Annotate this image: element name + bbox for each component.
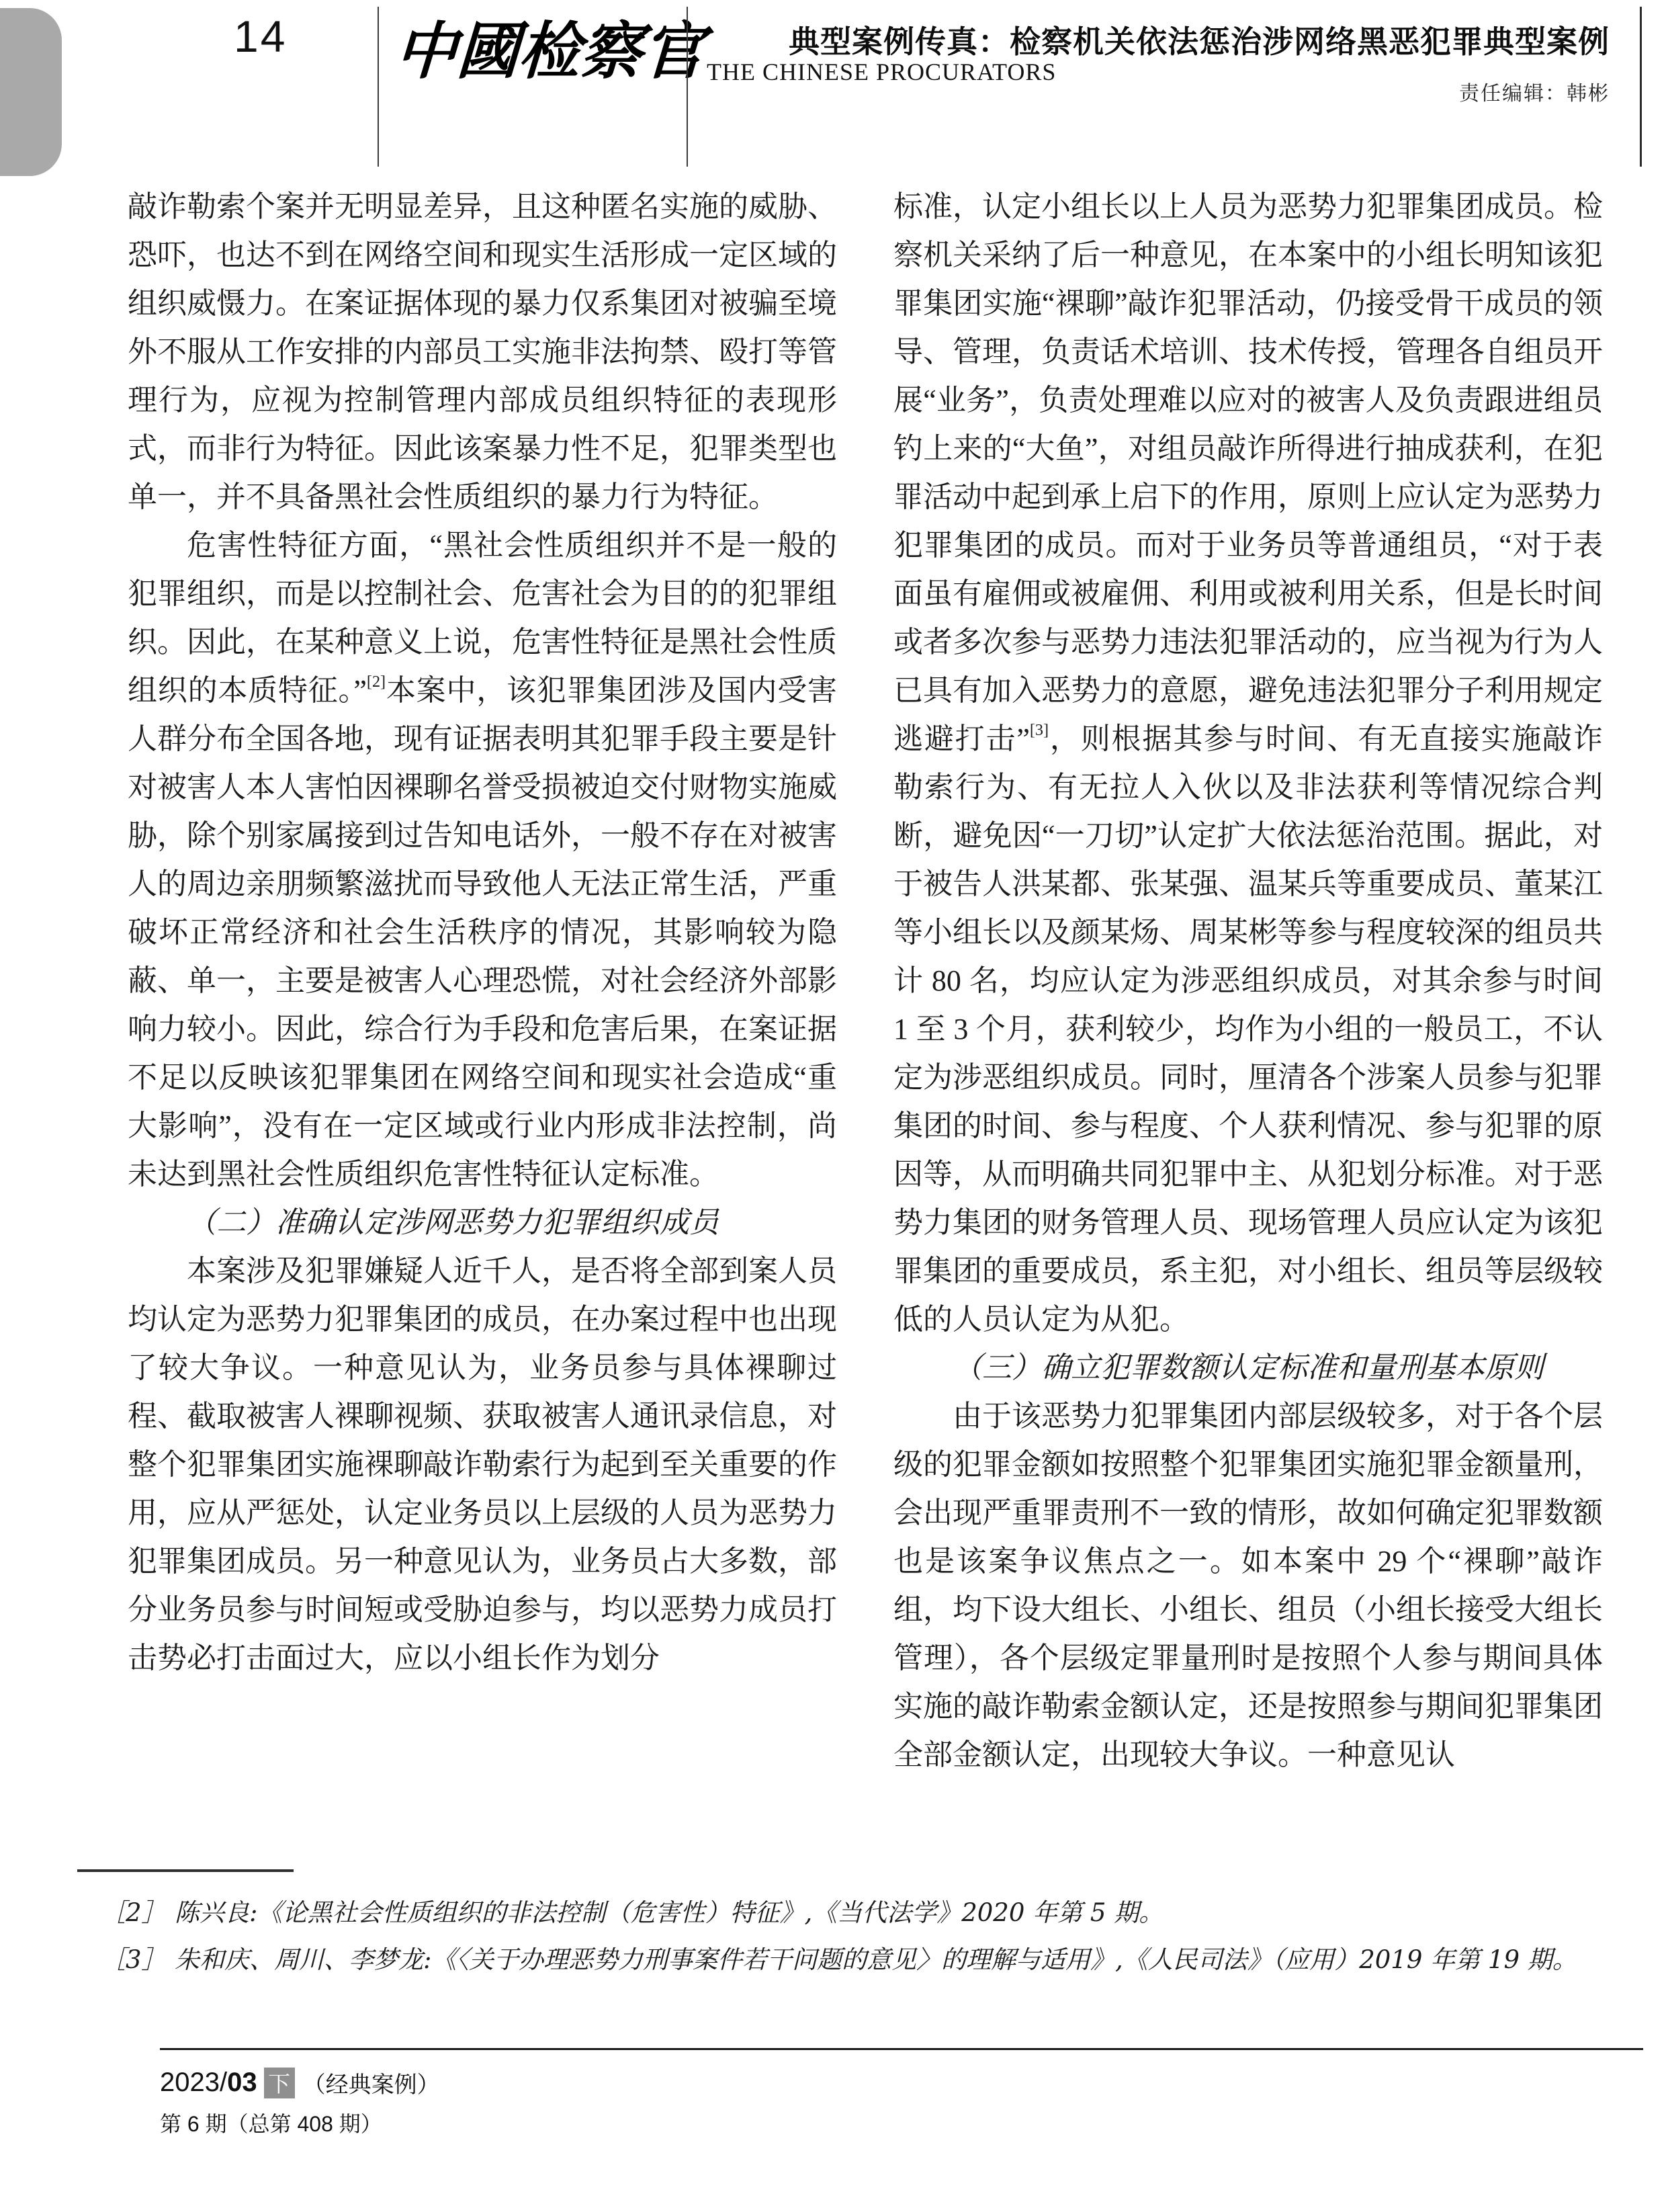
footnote-reference: [2] xyxy=(367,673,386,691)
body-paragraph: 由于该恶势力犯罪集团内部层级较多，对于各个层级的犯罪金额如按照整个犯罪集团实施犯… xyxy=(893,1392,1603,1779)
right-column: 标准，认定小组长以上人员为恶势力犯罪集团成员。检察机关采纳了后一种意见，在本案中… xyxy=(893,183,1603,1779)
footnote-item: ［3］朱和庆、周川、李梦龙:《〈关于办理恶势力刑事案件若干问题的意见〉的理解与适… xyxy=(101,1937,1602,1984)
header-divider-right xyxy=(1640,7,1642,167)
footnote-marker: ［3］ xyxy=(101,1937,167,1984)
editor-line: 责任编辑：韩彬 xyxy=(1459,77,1610,106)
issue-year: 2023/ xyxy=(160,2068,227,2098)
issue-half-badge: 下 xyxy=(264,2068,295,2098)
body-paragraph: 敲诈勒索个案并无明显差异，且这种匿名实施的威胁、恐吓，也达不到在网络空间和现实生… xyxy=(128,183,837,521)
page-number: 14 xyxy=(234,11,287,62)
body-paragraph: 危害性特征方面，“黑社会性质组织并不是一般的犯罪组织，而是以控制社会、危害社会为… xyxy=(128,521,837,1199)
body-paragraph: 本案涉及犯罪嫌疑人近千人，是否将全部到案人员均认定为恶势力犯罪集团的成员，在办案… xyxy=(128,1247,837,1683)
section-heading: （二）准确认定涉网恶势力犯罪组织成员 xyxy=(128,1199,837,1247)
page-footer: 2023/03 下 （经典案例） 第 6 期（总第 408 期） xyxy=(160,2048,1643,2138)
footnotes: ［2］陈兴良:《论黑社会性质组织的非法控制（危害性）特征》,《当代法学》2020… xyxy=(101,1889,1602,1984)
page-header: 14 中國检察官 THE CHINESE PROCURATORS 典型案例传真：… xyxy=(0,0,1666,181)
issue-info-line: 2023/03 下 （经典案例） xyxy=(160,2066,1643,2099)
article-title: 典型案例传真：检察机关依法惩治涉网络黑恶犯罪典型案例 xyxy=(789,17,1610,62)
journal-logo: 中國检察官 xyxy=(393,17,681,85)
issue-number-line: 第 6 期（总第 408 期） xyxy=(160,2107,1643,2138)
header-divider-middle xyxy=(687,7,688,167)
article-body: 敲诈勒索个案并无明显差异，且这种匿名实施的威胁、恐吓，也达不到在网络空间和现实生… xyxy=(128,183,1603,1779)
footer-rule xyxy=(160,2048,1643,2050)
issue-section-note: （经典案例） xyxy=(303,2066,440,2099)
issue-month: 03 xyxy=(227,2068,257,2098)
footnote-item: ［2］陈兴良:《论黑社会性质组织的非法控制（危害性）特征》,《当代法学》2020… xyxy=(101,1889,1602,1937)
footnote-separator xyxy=(77,1869,294,1872)
header-divider-left xyxy=(378,7,379,167)
section-heading: （三）确立犯罪数额认定标准和量刑基本原则 xyxy=(893,1344,1603,1392)
magazine-page: { "page": { "width": 2480, "height": 329… xyxy=(0,0,1666,2212)
footnote-reference: [3] xyxy=(1030,721,1049,739)
body-paragraph: 标准，认定小组长以上人员为恶势力犯罪集团成员。检察机关采纳了后一种意见，在本案中… xyxy=(893,183,1603,1344)
left-column: 敲诈勒索个案并无明显差异，且这种匿名实施的威胁、恐吓，也达不到在网络空间和现实生… xyxy=(128,183,837,1779)
header-right-block: 典型案例传真：检察机关依法惩治涉网络黑恶犯罪典型案例 责任编辑：韩彬 xyxy=(789,17,1610,106)
footnote-text: 朱和庆、周川、李梦龙:《〈关于办理恶势力刑事案件若干问题的意见〉的理解与适用》,… xyxy=(175,1945,1577,1974)
footnote-text: 陈兴良:《论黑社会性质组织的非法控制（危害性）特征》,《当代法学》2020 年第… xyxy=(175,1898,1164,1927)
footnote-marker: ［2］ xyxy=(101,1889,167,1937)
